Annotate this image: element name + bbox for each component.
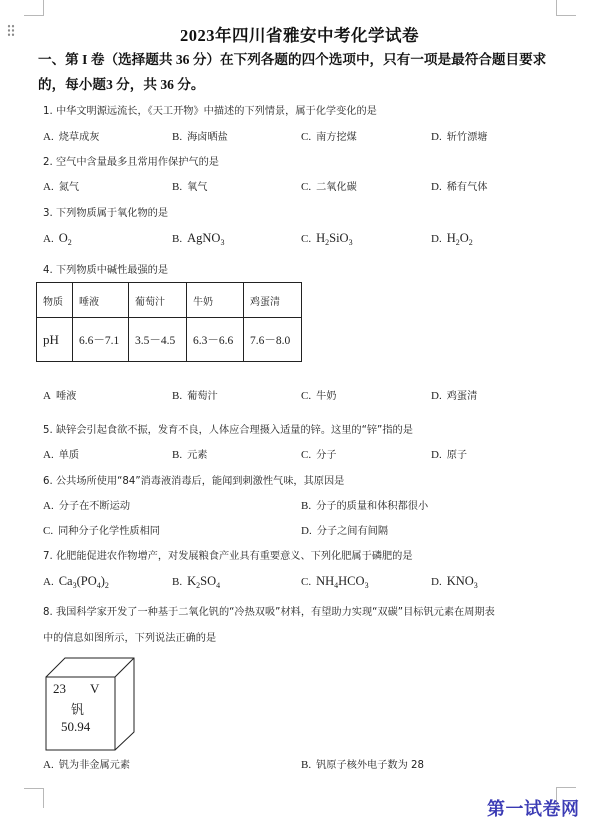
- question-1-stem: 1. 中华文明源远流长，《天工开物》中描述的下列情景，属于化学变化的是: [43, 102, 377, 117]
- formula-h2sio3: H2SiO3: [316, 231, 352, 245]
- option-a[interactable]: A.钒为非金属元素: [43, 756, 130, 771]
- formula-h2o2: H2O2: [447, 231, 473, 245]
- document-title: 2023年四川省雅安中考化学试卷: [0, 22, 599, 46]
- option-c[interactable]: C.H2SiO3: [301, 231, 353, 246]
- question-8-stem-line1: 8. 我国科学家开发了一种基于二氧化钒的“冷热双吸”材料，有望助力实现“双碳”目…: [43, 603, 495, 618]
- question-1-options: A.烧草成灰 B.海卤晒盐 C.南方挖煤 D.斩竹漂塘: [43, 128, 563, 144]
- option-c[interactable]: C.南方挖煤: [301, 128, 357, 143]
- option-b[interactable]: B.氧气: [172, 178, 207, 193]
- question-2-stem: 2. 空气中含量最多且常用作保护气的是: [43, 153, 219, 168]
- table-cell: 牛奶: [187, 283, 244, 318]
- option-d[interactable]: D.KNO3: [431, 574, 478, 589]
- page-corner-mark-top-right: [556, 0, 576, 16]
- formula-agno3: AgNO3: [187, 231, 224, 245]
- question-7-stem: 7. 化肥能促进农作物增产，对发展粮食产业具有重要意义、下列化肥属于磷肥的是: [43, 547, 413, 562]
- table-cell: 唾液: [73, 283, 129, 318]
- table-cell: pH: [37, 318, 73, 362]
- option-c[interactable]: C.牛奶: [301, 387, 336, 402]
- option-b[interactable]: B.AgNO3: [172, 231, 224, 246]
- table-cell: 6.3－6.6: [187, 318, 244, 362]
- page-corner-mark-bottom-left: [24, 788, 44, 808]
- formula-nh4hco3: NH4HCO3: [316, 574, 368, 588]
- option-a[interactable]: A.O2: [43, 231, 72, 246]
- option-b[interactable]: B.海卤晒盐: [172, 128, 228, 143]
- formula-o2: O2: [59, 231, 72, 245]
- option-a[interactable]: A.单质: [43, 446, 79, 461]
- option-c[interactable]: C.二氧化碳: [301, 178, 357, 193]
- question-4-stem: 4. 下列物质中碱性最强的是: [43, 261, 168, 276]
- element-name: 钒: [71, 699, 84, 718]
- table-cell: 葡萄汁: [129, 283, 187, 318]
- question-6-options-row2: C.同种分子化学性质相同 D.分子之间有间隔: [43, 522, 563, 538]
- question-5-stem: 5. 缺锌会引起食欲不振，发育不良，人体应合理摄入适量的锌。这里的“锌”指的是: [43, 421, 413, 436]
- question-3-options: A.O2 B.AgNO3 C.H2SiO3 D.H2O2: [43, 231, 563, 247]
- ph-table: 物质 唾液 葡萄汁 牛奶 鸡蛋清 pH 6.6－7.1 3.5－4.5 6.3－…: [36, 282, 302, 362]
- question-6-options-row1: A.分子在不断运动 B.分子的质量和体积都很小: [43, 497, 563, 513]
- option-b[interactable]: B.葡萄汁: [172, 387, 218, 402]
- table-cell: 7.6－8.0: [244, 318, 302, 362]
- option-c[interactable]: C.分子: [301, 446, 336, 461]
- table-cell: 6.6－7.1: [73, 318, 129, 362]
- page-corner-mark-top-left: [24, 0, 44, 16]
- question-6-stem: 6. 公共场所使用“84”消毒液消毒后，能闻到刺激性气味，其原因是: [43, 472, 344, 487]
- option-d[interactable]: D.原子: [431, 446, 467, 461]
- formula-kno3: KNO3: [447, 574, 478, 588]
- option-b[interactable]: B.元素: [172, 446, 207, 461]
- table-cell: 物质: [37, 283, 73, 318]
- option-d[interactable]: D.分子之间有间隔: [301, 522, 388, 537]
- section-heading: 一、第 I 卷（选择题共 36 分）在下列各题的四个选项中，只有一项是最符合题目…: [38, 47, 568, 97]
- option-b[interactable]: B.K2SO4: [172, 574, 220, 589]
- option-a[interactable]: A.氮气: [43, 178, 79, 193]
- formula-k2so4: K2SO4: [187, 574, 220, 588]
- atomic-mass: 50.94: [61, 719, 90, 735]
- cube-outline-icon: [45, 657, 135, 751]
- option-a[interactable]: A.烧草成灰: [43, 128, 99, 143]
- atomic-number: 23: [53, 681, 66, 697]
- option-d[interactable]: D.斩竹漂塘: [431, 128, 487, 143]
- question-2-options: A.氮气 B.氧气 C.二氧化碳 D.稀有气体: [43, 178, 563, 194]
- question-8-options: A.钒为非金属元素 B.钒原子核外电子数为 28: [43, 756, 563, 772]
- element-cell-vanadium: 23 V 钒 50.94: [45, 657, 135, 751]
- question-3-stem: 3. 下列物质属于氧化物的是: [43, 204, 168, 219]
- option-a[interactable]: A.分子在不断运动: [43, 497, 130, 512]
- table-cell: 鸡蛋清: [244, 283, 302, 318]
- option-c[interactable]: C.同种分子化学性质相同: [43, 522, 160, 537]
- option-a[interactable]: A.Ca3(PO4)2: [43, 574, 109, 589]
- question-5-options: A.单质 B.元素 C.分子 D.原子: [43, 446, 563, 462]
- option-c[interactable]: C.NH4HCO3: [301, 574, 369, 589]
- question-4-options: A唾液 B.葡萄汁 C.牛奶 D.鸡蛋清: [43, 387, 563, 403]
- option-d[interactable]: D.稀有气体: [431, 178, 487, 193]
- table-row: pH 6.6－7.1 3.5－4.5 6.3－6.6 7.6－8.0: [37, 318, 302, 362]
- element-symbol: V: [90, 681, 99, 697]
- question-8-stem-line2: 中的信息如图所示，下列说法正确的是: [43, 629, 216, 644]
- option-b[interactable]: B.钒原子核外电子数为 28: [301, 756, 424, 771]
- table-cell: 3.5－4.5: [129, 318, 187, 362]
- option-b[interactable]: B.分子的质量和体积都很小: [301, 497, 428, 512]
- formula-ca3po42: Ca3(PO4)2: [59, 574, 109, 588]
- option-d[interactable]: D.H2O2: [431, 231, 473, 246]
- option-a[interactable]: A唾液: [43, 387, 76, 402]
- table-header-row: 物质 唾液 葡萄汁 牛奶 鸡蛋清: [37, 283, 302, 318]
- question-7-options: A.Ca3(PO4)2 B.K2SO4 C.NH4HCO3 D.KNO3: [43, 574, 563, 590]
- option-d[interactable]: D.鸡蛋清: [431, 387, 477, 402]
- watermark-logo: 第一试卷网: [487, 795, 580, 821]
